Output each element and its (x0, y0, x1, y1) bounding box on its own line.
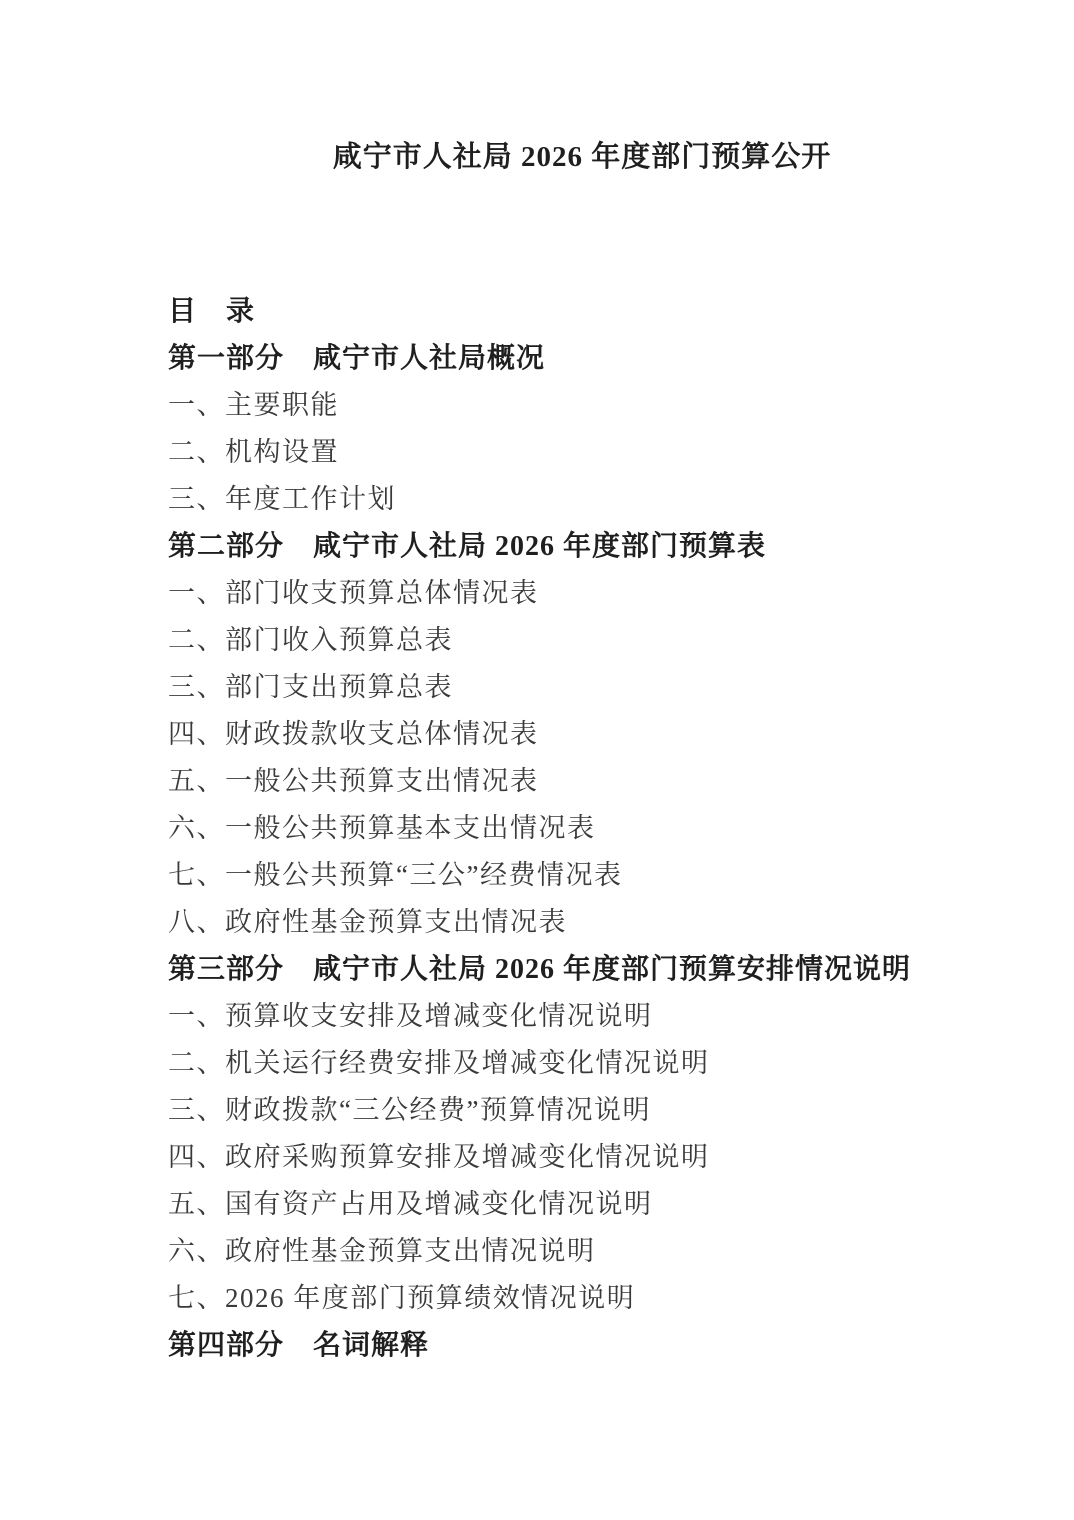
toc-part-heading: 第二部分 咸宁市人社局 2026 年度部门预算表 (168, 523, 1014, 570)
toc-item: 六、一般公共预算基本支出情况表 (168, 805, 1014, 852)
toc-item: 三、财政拨款“三公经费”预算情况说明 (168, 1087, 1014, 1134)
toc-item: 一、预算收支安排及增减变化情况说明 (168, 993, 1014, 1040)
toc-part-heading: 第四部分 名词解释 (168, 1322, 1014, 1369)
toc-item: 四、政府采购预算安排及增减变化情况说明 (168, 1134, 1014, 1181)
toc-item: 四、财政拨款收支总体情况表 (168, 711, 1014, 758)
toc-item: 五、一般公共预算支出情况表 (168, 758, 1014, 805)
toc-item: 七、2026 年度部门预算绩效情况说明 (168, 1275, 1014, 1322)
toc-item: 一、部门收支预算总体情况表 (168, 570, 1014, 617)
toc-part-heading: 第三部分 咸宁市人社局 2026 年度部门预算安排情况说明 (168, 946, 1014, 993)
toc-item: 二、机构设置 (168, 429, 1014, 476)
toc-item: 二、机关运行经费安排及增减变化情况说明 (168, 1040, 1014, 1087)
toc-item: 二、部门收入预算总表 (168, 617, 1014, 664)
document-page: 咸宁市人社局 2026 年度部门预算公开 目 录 第一部分 咸宁市人社局概况一、… (0, 0, 1074, 1520)
toc-item: 七、一般公共预算“三公”经费情况表 (168, 852, 1014, 899)
toc-item: 三、部门支出预算总表 (168, 664, 1014, 711)
document-title: 咸宁市人社局 2026 年度部门预算公开 (168, 140, 996, 175)
toc-item: 一、主要职能 (168, 382, 1014, 429)
toc-item: 三、年度工作计划 (168, 476, 1014, 523)
toc-item: 六、政府性基金预算支出情况说明 (168, 1228, 1014, 1275)
toc-part-heading: 第一部分 咸宁市人社局概况 (168, 335, 1014, 382)
toc-item: 八、政府性基金预算支出情况表 (168, 899, 1014, 946)
table-of-contents: 目 录 第一部分 咸宁市人社局概况一、主要职能二、机构设置三、年度工作计划第二部… (168, 288, 1014, 1369)
toc-title: 目 录 (168, 288, 1014, 335)
toc-item: 五、国有资产占用及增减变化情况说明 (168, 1181, 1014, 1228)
